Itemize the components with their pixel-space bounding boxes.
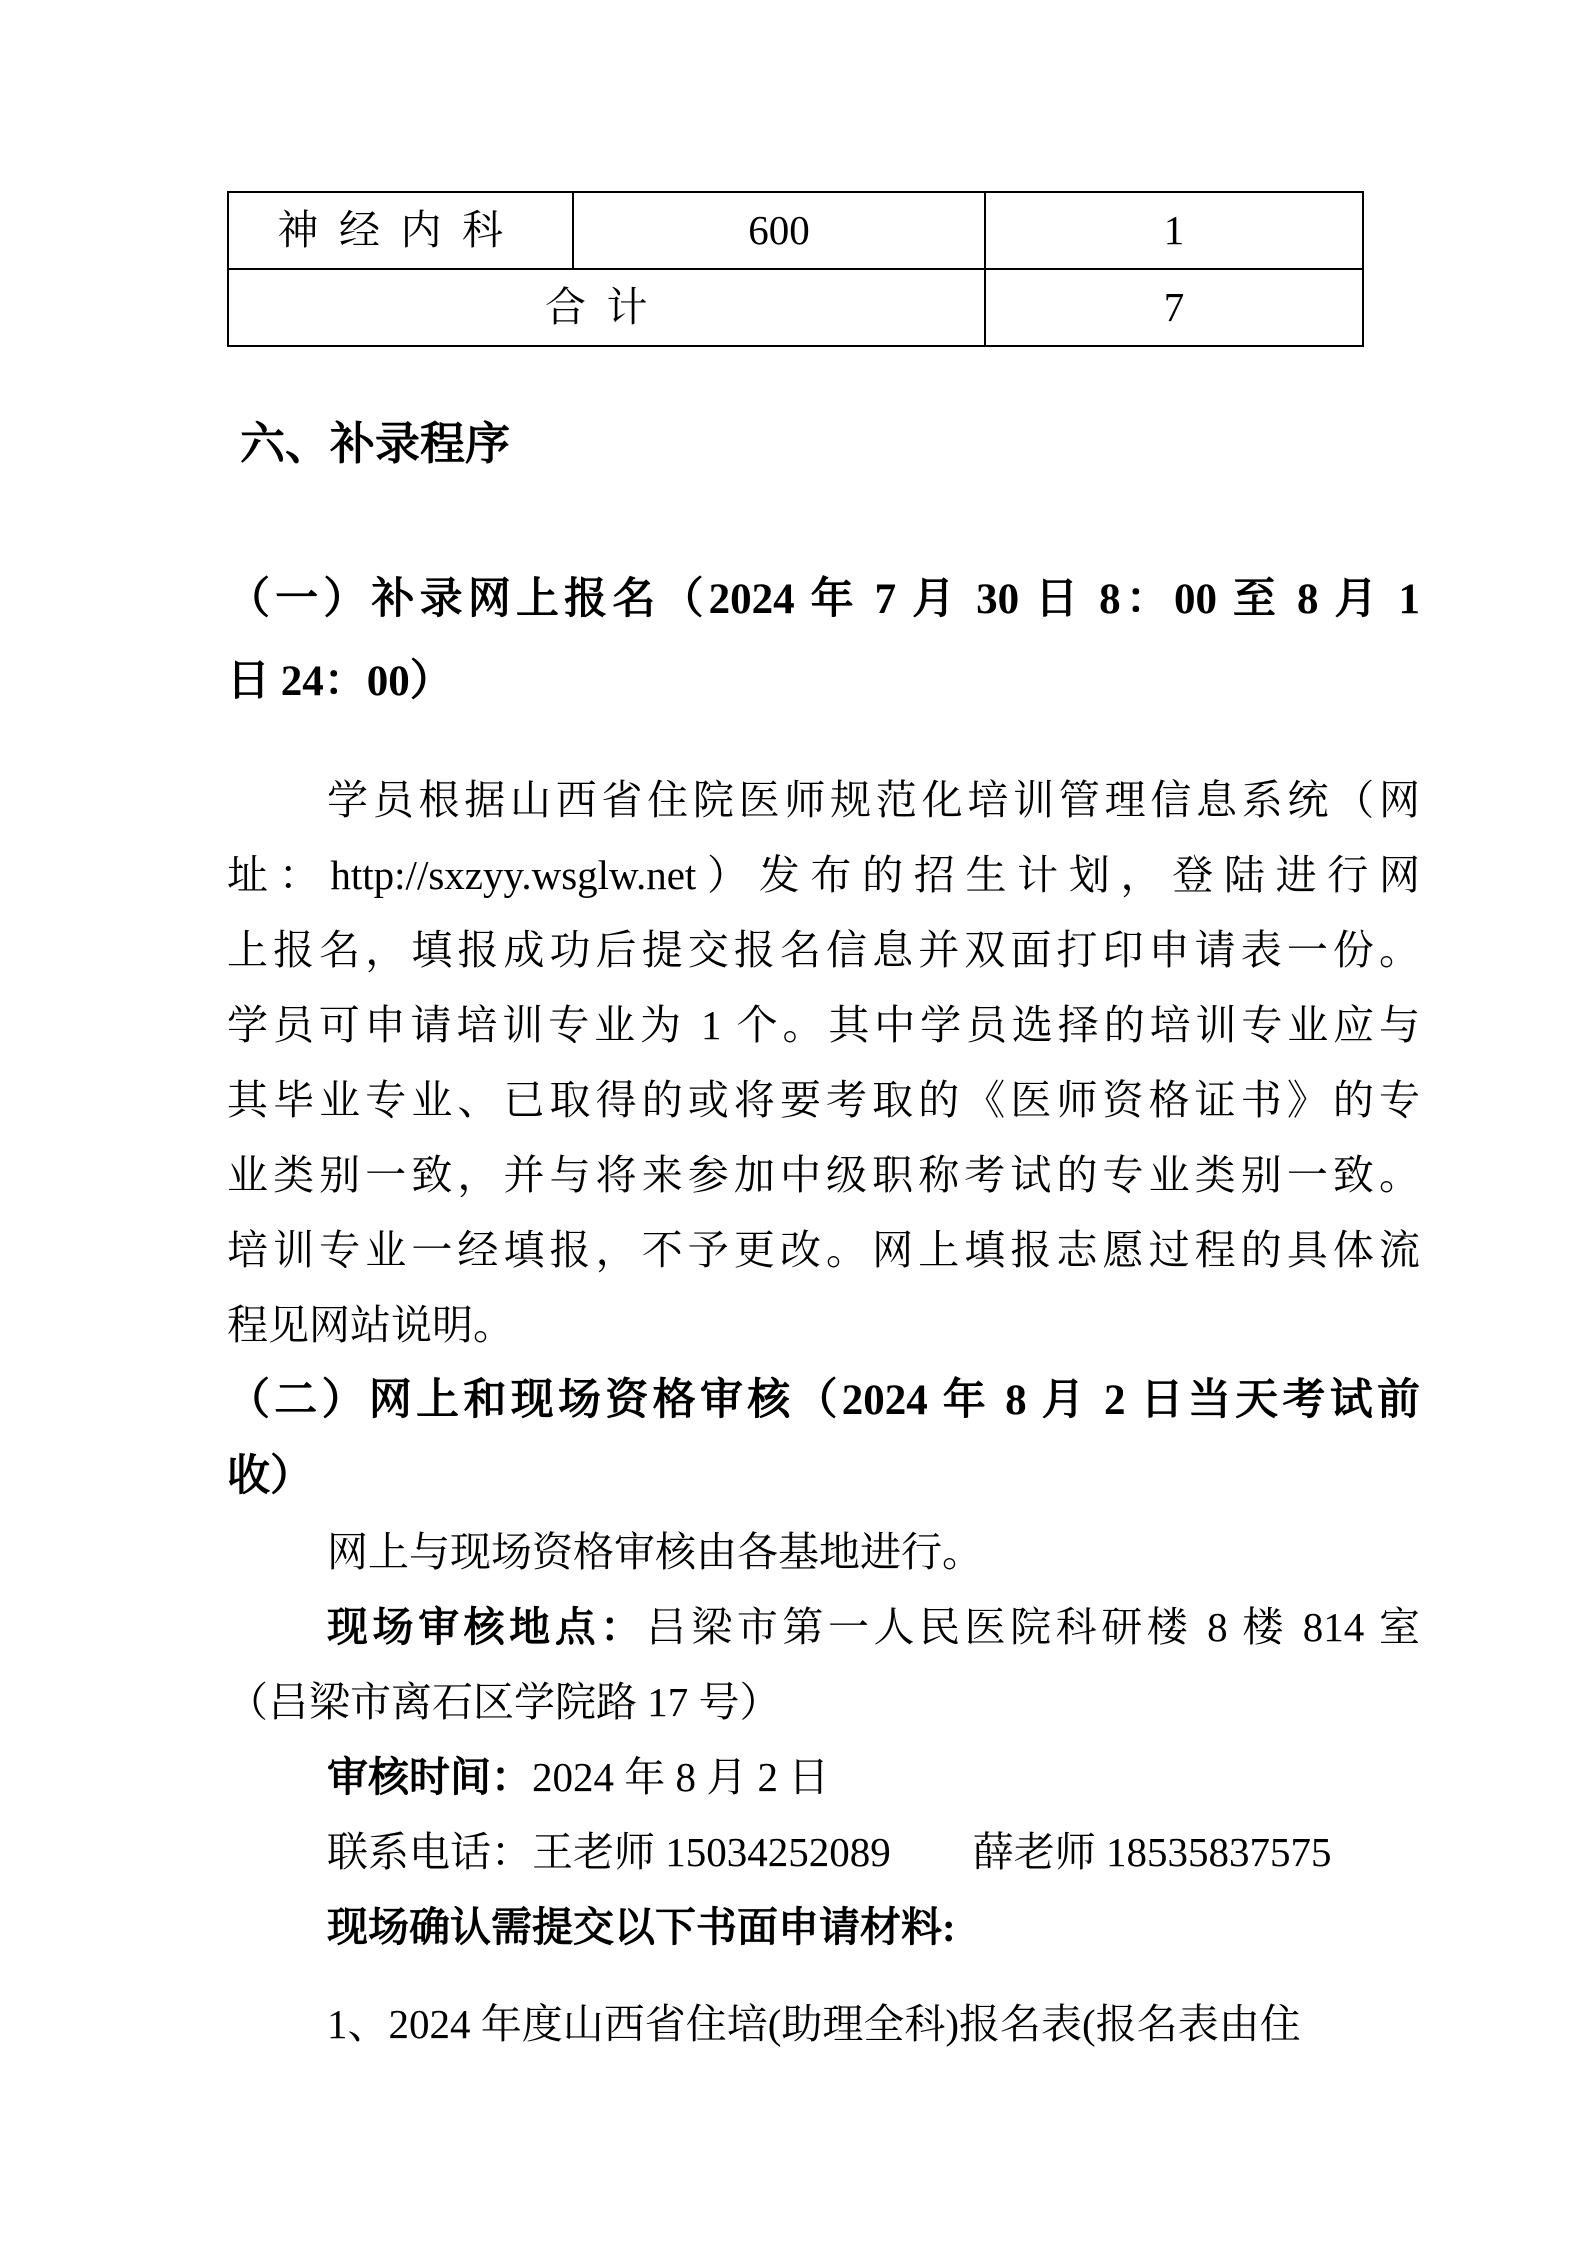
cell-count: 1 <box>985 192 1363 269</box>
paragraph-line: 学员根据山西省住院医师规范化培训管理信息系统（网 <box>227 763 1420 838</box>
subsection-1-heading-line2: 日 24：00） <box>227 641 1420 723</box>
table-row-specialty: 神经内科 600 1 <box>228 192 1363 269</box>
registration-paragraph: 学员根据山西省住院医师规范化培训管理信息系统（网 址：http://sxzyy.… <box>227 763 1420 1363</box>
subsection-2-heading-line2: 收） <box>227 1439 1420 1515</box>
paragraph-line: 培训专业一经填报，不予更改。网上填报志愿过程的具体流 <box>227 1213 1420 1288</box>
cell-total-label: 合计 <box>228 269 985 346</box>
time-value: 2024 年 8 月 2 日 <box>532 1754 829 1800</box>
subsection-2-heading-line1: （二）网上和现场资格审核（2024 年 8 月 2 日当天考试前 <box>227 1363 1420 1439</box>
cell-total-count: 7 <box>985 269 1363 346</box>
paragraph-line: 上报名，填报成功后提交报名信息并双面打印申请表一份。 <box>227 913 1420 988</box>
paragraph-line: 业类别一致，并与将来参加中级职称考试的专业类别一致。 <box>227 1138 1420 1213</box>
location-label: 现场审核地点： <box>327 1604 646 1650</box>
location-value: 吕梁市第一人民医院科研楼 8 楼 814 室 <box>646 1604 1420 1650</box>
review-location-line: 现场审核地点：吕梁市第一人民医院科研楼 8 楼 814 室 <box>227 1590 1420 1665</box>
cell-score: 600 <box>573 192 985 269</box>
location-address-line2: （吕梁市离石区学院路 17 号） <box>227 1665 1420 1740</box>
time-label: 审核时间： <box>327 1754 532 1800</box>
paragraph-line: 学员可申请培训专业为 1 个。其中学员选择的培训专业应与 <box>227 988 1420 1063</box>
cell-specialty: 神经内科 <box>228 192 573 269</box>
contact-phone-line: 联系电话：王老师 15034252089 薛老师 18535837575 <box>227 1815 1420 1890</box>
review-basis-line: 网上与现场资格审核由各基地进行。 <box>227 1515 1420 1590</box>
paragraph-line: 其毕业专业、已取得的或将要考取的《医师资格证书》的专 <box>227 1063 1420 1138</box>
subsection-1-heading-line1: （一）补录网上报名（2024 年 7 月 30 日 8：00 至 8 月 1 <box>227 559 1420 641</box>
paragraph-line: 址：http://sxzyy.wsglw.net）发布的招生计划，登陆进行网 <box>227 838 1420 913</box>
table-row-total: 合计 7 <box>228 269 1363 346</box>
quota-table: 神经内科 600 1 合计 7 <box>227 191 1364 347</box>
paragraph-line: 程见网站说明。 <box>227 1288 1420 1363</box>
materials-heading-line: 现场确认需提交以下书面申请材料: <box>227 1890 1420 1965</box>
material-item-line: 1、2024 年度山西省住培(助理全科)报名表(报名表由住 <box>227 1987 1420 2062</box>
section-heading: 六、补录程序 <box>240 419 1420 469</box>
review-time-line: 审核时间：2024 年 8 月 2 日 <box>227 1740 1420 1815</box>
document-page: 神经内科 600 1 合计 7 六、补录程序 （一）补录网上报名（2024 年 … <box>0 0 1587 2245</box>
